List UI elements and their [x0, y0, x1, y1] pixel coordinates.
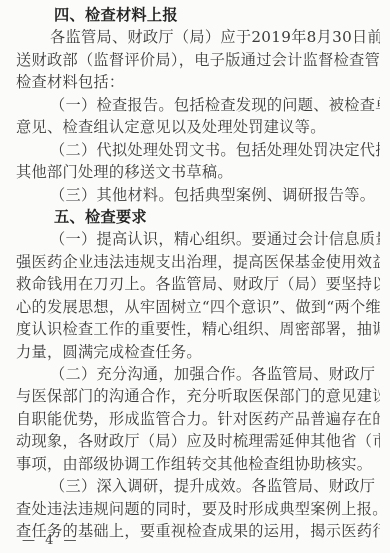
paragraph-line: 自职能优势，形成监管合力。针对医药产品普遍存在的跨区域流	[16, 408, 380, 430]
section-heading-4: 四、检查材料上报	[16, 4, 380, 26]
paragraph-line: 送财政部（监督评价局），电子版通过会计监督检查管理系统上传。	[16, 49, 380, 71]
paragraph-line: 事项，由部级协调工作组转交其他检查组协助核实。	[16, 453, 380, 475]
paragraph-line: 动现象，各财政厅（局）应及时梳理需延伸其他省（市）检查的	[16, 430, 380, 452]
document-page: 四、检查材料上报 各监管局、财政厅（局）应于2019年8月30日前将检查材料报 …	[16, 4, 380, 543]
paragraph-line: （二）充分沟通，加强合作。各监管局、财政厅（局）要加强	[16, 363, 380, 385]
paragraph-line: 查处违法违规问题的同时，要及时形成典型案例上报。在完成检	[16, 498, 380, 520]
paragraph-line: 力量，圆满完成检查任务。	[16, 341, 380, 363]
paragraph-line: 其他部门处理的移送文书草稿。	[16, 161, 380, 183]
paragraph-line: （二）代拟处理处罚文书。包括处理处罚决定代拟稿和移交	[16, 139, 380, 161]
paragraph-line: 与医保部门的沟通合作，充分听取医保部门的意见建议，发挥各	[16, 385, 380, 407]
section-heading-5: 五、检查要求	[16, 206, 380, 228]
paragraph-line: 救命钱用在刀刃上。各监管局、财政厅（局）要坚持以人民为中	[16, 273, 380, 295]
paragraph-line: （三）深入调研，提升成效。各监管局、财政厅（局）在依法	[16, 475, 380, 497]
paragraph-line: 检查材料包括：	[16, 71, 380, 93]
paragraph-line: 度认识检查工作的重要性，精心组织、周密部署，抽调精干检查	[16, 318, 380, 340]
paragraph-line: 强医药企业违法违规支出治理，提高医保基金使用效益，确保将	[16, 251, 380, 273]
paragraph-line: 心的发展思想，从牢固树立“四个意识”、做到“两个维护”的高	[16, 296, 380, 318]
paragraph-line: 意见、检查组认定意见以及处理处罚建议等。	[16, 116, 380, 138]
paragraph-line: （一）提高认识，精心组织。要通过会计信息质量检查，加	[16, 228, 380, 250]
paragraph-line: （三）其他材料。包括典型案例、调研报告等。	[16, 184, 380, 206]
paragraph-line: （一）检查报告。包括检查发现的问题、被检查单位的反馈	[16, 94, 380, 116]
page-number: — 4 —	[22, 533, 80, 548]
paragraph-line: 各监管局、财政厅（局）应于2019年8月30日前将检查材料报	[16, 26, 380, 48]
